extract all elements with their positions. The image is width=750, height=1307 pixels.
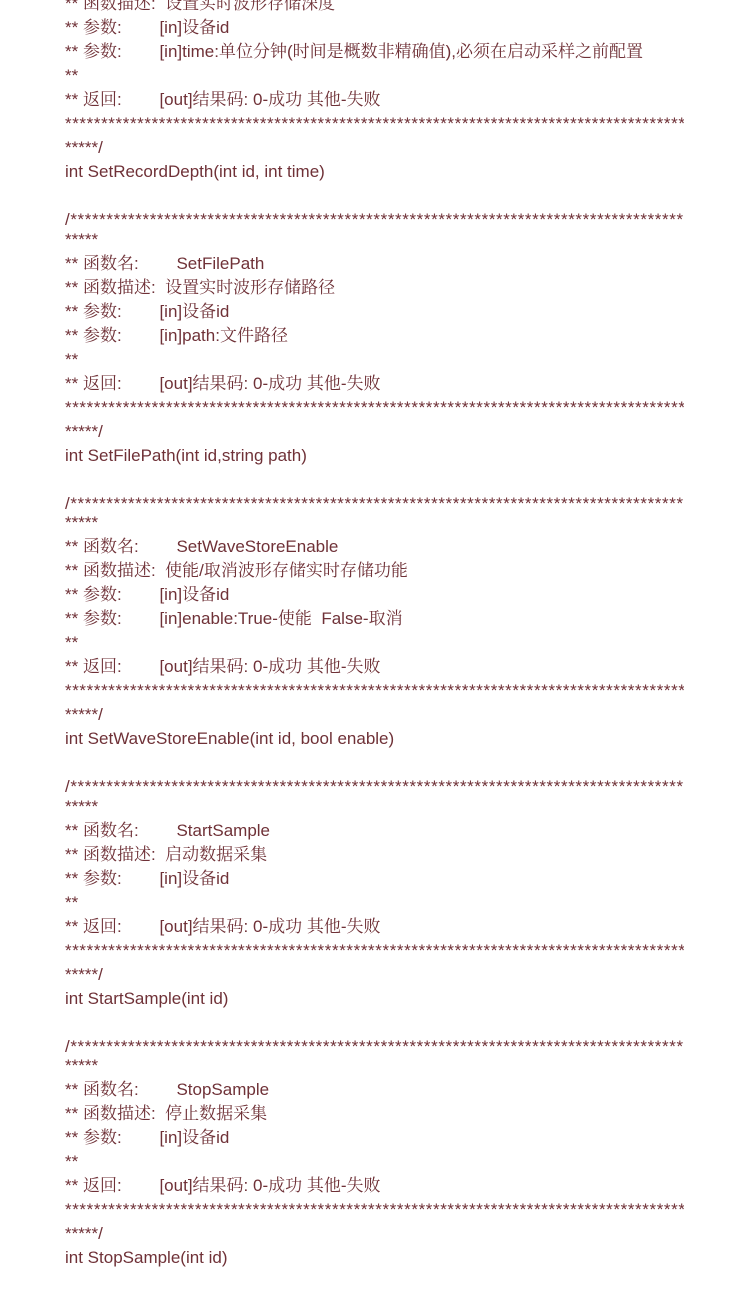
code-line: ** 返回: [out]结果码: 0-成功 其他-失败 — [65, 1176, 684, 1196]
code-line: ** — [65, 633, 684, 653]
code-line-function-signature: int StopSample(int id) — [65, 1248, 684, 1268]
code-line-comment-rule: /***************************************… — [65, 777, 684, 797]
code-line: ** 函数名: SetWaveStoreEnable — [65, 537, 684, 557]
code-line-function-signature: int SetFilePath(int id,string path) — [65, 446, 684, 466]
code-line: ** 参数: [in]path:文件路径 — [65, 326, 684, 346]
code-line: ** 函数名: SetFilePath — [65, 254, 684, 274]
code-line-function-signature: int SetRecordDepth(int id, int time) — [65, 162, 684, 182]
code-line: ** 函数名: StartSample — [65, 821, 684, 841]
code-line: *****/ — [65, 705, 684, 725]
code-line: ** 参数: [in]设备id — [65, 1128, 684, 1148]
code-line: ** 函数描述: 停止数据采集 — [65, 1104, 684, 1124]
code-line-comment-rule: /***************************************… — [65, 1037, 684, 1057]
code-line: ** 参数: [in]设备id — [65, 302, 684, 322]
code-line — [65, 1013, 684, 1033]
code-line — [65, 186, 684, 206]
code-line: *****/ — [65, 138, 684, 158]
code-line: ** — [65, 893, 684, 913]
code-line-comment-rule: ****************************************… — [65, 1200, 684, 1220]
code-line-comment-rule: ****************************************… — [65, 398, 684, 418]
code-line: *****/ — [65, 965, 684, 985]
code-line-comment-rule: /***************************************… — [65, 210, 684, 230]
code-line-function-signature: int SetWaveStoreEnable(int id, bool enab… — [65, 729, 684, 749]
code-line: ***** — [65, 513, 684, 533]
code-line: ** 函数描述: 使能/取消波形存储实时存储功能 — [65, 561, 684, 581]
code-line-comment-rule: ****************************************… — [65, 114, 684, 134]
code-line: ***** — [65, 797, 684, 817]
code-line: ** 返回: [out]结果码: 0-成功 其他-失败 — [65, 657, 684, 677]
code-doc-page: ** 函数描述: 设置实时波形存储深度** 参数: [in]设备id** 参数:… — [0, 0, 750, 1268]
code-line: ** 函数名: StopSample — [65, 1080, 684, 1100]
code-line: ** 返回: [out]结果码: 0-成功 其他-失败 — [65, 374, 684, 394]
code-line-comment-rule: /***************************************… — [65, 494, 684, 514]
code-listing: ** 函数描述: 设置实时波形存储深度** 参数: [in]设备id** 参数:… — [65, 0, 684, 1268]
code-line: ** 返回: [out]结果码: 0-成功 其他-失败 — [65, 917, 684, 937]
code-line: ** 参数: [in]设备id — [65, 18, 684, 38]
code-line: ** — [65, 1152, 684, 1172]
code-line: ** 函数描述: 设置实时波形存储深度 — [65, 0, 684, 14]
code-line: ** 参数: [in]enable:True-使能 False-取消 — [65, 609, 684, 629]
code-line-function-signature: int StartSample(int id) — [65, 989, 684, 1009]
code-line — [65, 753, 684, 773]
code-line: ** 函数描述: 设置实时波形存储路径 — [65, 278, 684, 298]
code-line: ** — [65, 350, 684, 370]
code-line: ** — [65, 66, 684, 86]
code-line: *****/ — [65, 1224, 684, 1244]
code-line: ***** — [65, 230, 684, 250]
code-line: ** 参数: [in]设备id — [65, 585, 684, 605]
code-line: ** 返回: [out]结果码: 0-成功 其他-失败 — [65, 90, 684, 110]
code-line: *****/ — [65, 422, 684, 442]
code-line — [65, 470, 684, 490]
code-line-comment-rule: ****************************************… — [65, 681, 684, 701]
code-line: ** 参数: [in]time:单位分钟(时间是概数非精确值),必须在启动采样之… — [65, 42, 684, 62]
code-line: ** 参数: [in]设备id — [65, 869, 684, 889]
code-line: ** 函数描述: 启动数据采集 — [65, 845, 684, 865]
code-line-comment-rule: ****************************************… — [65, 941, 684, 961]
code-line: ***** — [65, 1056, 684, 1076]
